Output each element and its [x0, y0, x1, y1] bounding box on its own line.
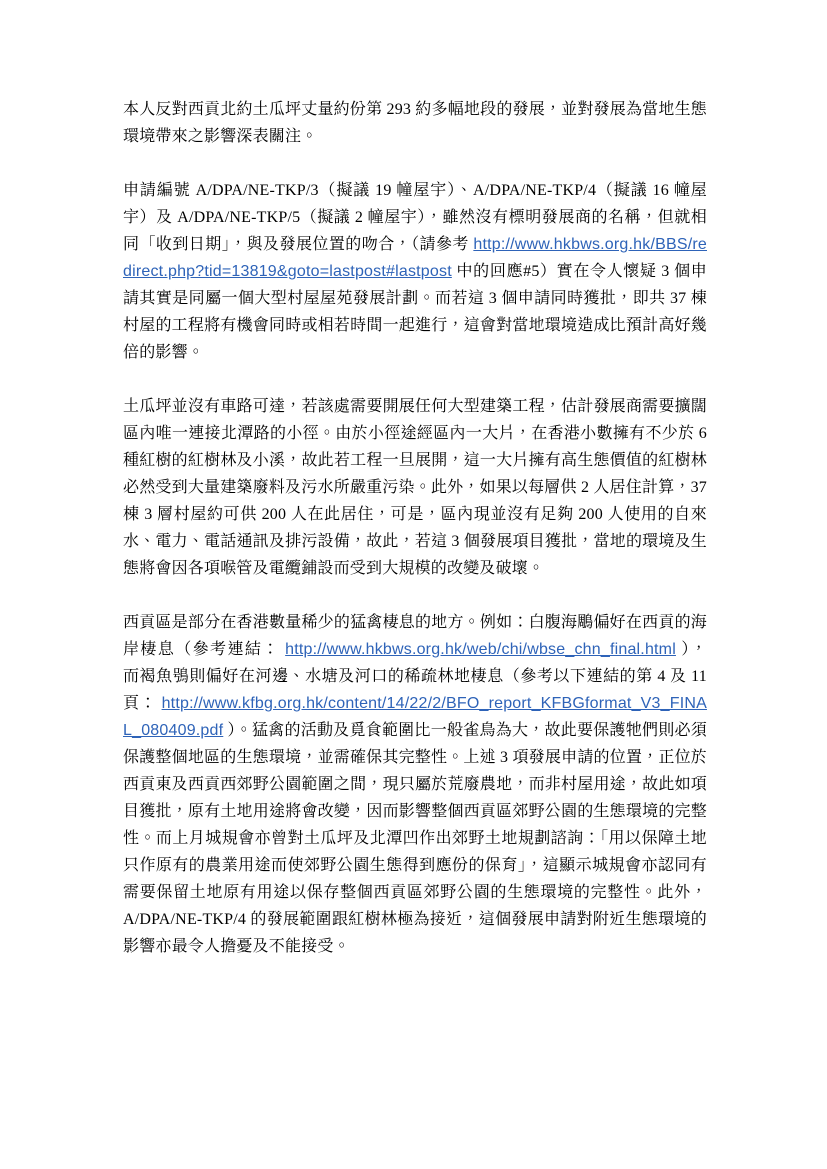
document-page: 本人反對西貢北約土瓜坪丈量約份第 293 約多幅地段的發展，並對發展為當地生態環… [0, 0, 827, 1169]
infrastructure-impact-text: 土瓜坪並沒有車路可達，若該處需要開展任何大型建築工程，估計發展商需要擴闊區內唯一… [123, 398, 707, 577]
paragraph-application-numbers: 申請編號 A/DPA/NE-TKP/3（擬議 19 幢屋宇）、A/DPA/NE-… [123, 177, 707, 366]
paragraph-infrastructure-impact: 土瓜坪並沒有車路可達，若該處需要開展任何大型建築工程，估計發展商需要擴闊區內唯一… [123, 393, 707, 582]
objection-statement-text: 本人反對西貢北約土瓜坪丈量約份第 293 約多幅地段的發展，並對發展為當地生態環… [123, 101, 707, 145]
paragraph-raptor-habitat: 西貢區是部分在香港數量稀少的猛禽棲息的地方。例如：白腹海鵰偏好在西貢的海岸棲息（… [123, 609, 707, 960]
paragraph-objection-statement: 本人反對西貢北約土瓜坪丈量約份第 293 約多幅地段的發展，並對發展為當地生態環… [123, 96, 707, 150]
raptor-habitat-text-3: ）。猛禽的活動及覓食範圍比一般雀鳥為大，故此要保護牠們則必須保護整個地區的生態環… [123, 722, 707, 955]
hkbws-sea-eagle-link[interactable]: http://www.hkbws.org.hk/web/chi/wbse_chn… [285, 641, 676, 658]
